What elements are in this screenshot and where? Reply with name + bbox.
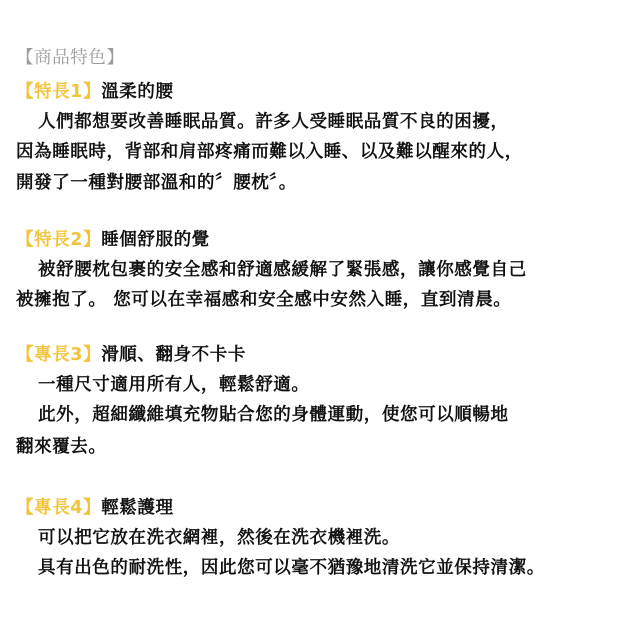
- feature-3-line-1: 一種尺寸適用所有人，輕鬆舒適。: [38, 374, 310, 396]
- feature-1-line-3: 開發了一種對腰部溫和的〞腰枕〞。: [16, 172, 297, 194]
- feature-2-line-1: 被舒腰枕包裹的安全感和舒適感緩解了緊張感，讓你感覺自己: [38, 259, 527, 281]
- feature-3-heading: 【專長3】滑順、翻身不卡卡: [16, 344, 246, 366]
- section-header: 【商品特色】: [16, 47, 125, 69]
- feature-1-title: 溫柔的腰: [101, 82, 173, 102]
- feature-3-title: 滑順、翻身不卡卡: [101, 345, 246, 365]
- feature-1-line-2: 因為睡眠時，背部和肩部疼痛而難以入睡、以及難以醒來的人，: [16, 141, 523, 163]
- feature-2-heading: 【特長2】睡個舒服的覺: [16, 229, 210, 251]
- feature-4-line-2: 具有出色的耐洗性，因此您可以毫不猶豫地清洗它並保持清潔。: [38, 557, 545, 579]
- feature-4-heading: 【專長4】輕鬆護理: [16, 497, 174, 519]
- feature-4-title: 輕鬆護理: [101, 498, 173, 518]
- feature-4-tag: 【專長4】: [16, 498, 101, 518]
- feature-2-title: 睡個舒服的覺: [101, 230, 210, 250]
- feature-1-heading: 【特長1】溫柔的腰: [16, 81, 174, 103]
- feature-2-line-2: 被擁抱了。 您可以在幸福感和安全感中安然入睡，直到清晨。: [16, 289, 511, 311]
- feature-2-tag: 【特長2】: [16, 230, 101, 250]
- feature-3-line-2: 此外，超細纖維填充物貼合您的身體運動，使您可以順暢地: [38, 404, 509, 426]
- feature-3-line-3: 翻來覆去。: [16, 436, 107, 458]
- feature-3-tag: 【專長3】: [16, 345, 101, 365]
- feature-1-line-1: 人們都想要改善睡眠品質。許多人受睡眠品質不良的困擾，: [38, 111, 509, 133]
- feature-4-line-1: 可以把它放在洗衣網裡，然後在洗衣機裡洗。: [38, 527, 400, 549]
- feature-1-tag: 【特長1】: [16, 82, 101, 102]
